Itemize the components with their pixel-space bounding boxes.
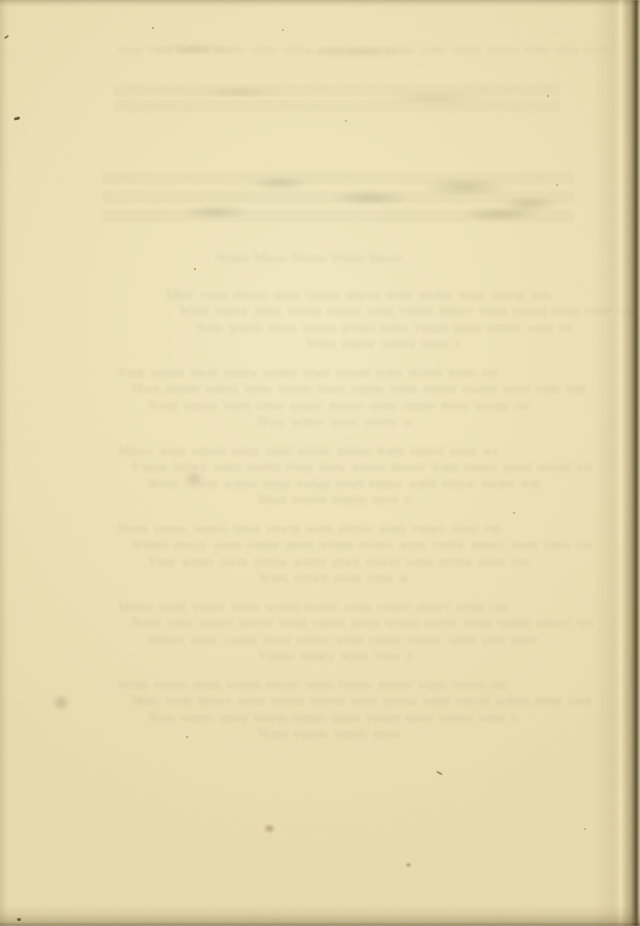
showthrough-verse-line: Mnw vwm mnwv wnm vmnw mwvn wnm mvnw wmn … bbox=[131, 693, 600, 710]
page-top-edge-shadow bbox=[0, 0, 640, 7]
page-bottom-edge-shadow bbox=[0, 904, 640, 926]
showthrough-ink-blotch bbox=[180, 205, 250, 219]
showthrough-ink-blotch bbox=[420, 178, 510, 196]
paper-speck bbox=[406, 863, 411, 867]
showthrough-ink-blotch bbox=[150, 42, 240, 56]
showthrough-stanza: Wnm vmnw mwn wvnm nwmv wmn vnmw mnwv wnm… bbox=[118, 677, 600, 743]
showthrough-verse-line: Wnm vmnw mwn wvnm nwmv wmn vnmw mnwv wnm… bbox=[118, 677, 600, 694]
showthrough-verse-line: Wnm vmwn nwm vmw wnmv mwnv wnm vmnw mwn … bbox=[148, 398, 600, 415]
showthrough-verse-line: Wnm vmwn nwm vmw w bbox=[258, 570, 600, 587]
paper-speck bbox=[345, 120, 347, 122]
showthrough-ink-blotch bbox=[250, 176, 310, 190]
showthrough-verse-line: Nwm vmw wnmv mwnv wnm vmnw mwn wvnm nwmv… bbox=[131, 615, 600, 632]
showthrough-verse-column: Wnmv Mwnv Nvmw Wmnv Mnwv Mnw vwm mnwv wn… bbox=[118, 250, 600, 755]
showthrough-ink-blotch bbox=[300, 46, 420, 58]
showthrough-ink-blotch bbox=[380, 92, 490, 104]
showthrough-verse-line: Wmn vnmw wmnv mnw bbox=[258, 726, 600, 743]
showthrough-stanza-list: Mnw vwm mnwv wnm vmnw mwvn wnm mvnw wmn … bbox=[118, 287, 600, 743]
showthrough-verse-line: Nwm vmnw wnmv mwn vnwm wmn mvnw wnm vmwn… bbox=[118, 521, 600, 538]
showthrough-stave bbox=[114, 85, 560, 96]
paper-speck bbox=[194, 268, 196, 270]
showthrough-verse-line: Mwn vnwm wmnv nmw v bbox=[258, 492, 600, 509]
showthrough-ink-blotch bbox=[200, 86, 280, 98]
showthrough-stanza: Mwnv wnm vmnw mwn wvnm nwmv wmn vnmw mnw… bbox=[118, 599, 600, 665]
showthrough-verse-line: Nvm wmnv mwn vnwm wmnv nmw vwnm mwn vnmw… bbox=[148, 710, 600, 727]
showthrough-verse-line: Mnw vwm mnwv wnm vmnw mwvn wnm mvnw wmn … bbox=[166, 287, 600, 304]
page-left-edge-shadow bbox=[0, 0, 9, 926]
showthrough-hymn-heading: Wnmv Mwnv Nvmw Wmnv Mnwv bbox=[118, 250, 600, 267]
paper-smudge bbox=[52, 694, 70, 711]
paper-speck bbox=[282, 29, 284, 31]
scanned-book-page: nwm vmw wnmv mwnv wnm vmnw mwn wvnm nwmv… bbox=[0, 0, 640, 926]
showthrough-verse-line: Wnmv mwnv wnm vmnw mwn wvnm nwmv wmn vnm… bbox=[131, 537, 600, 554]
showthrough-verse-line: Wmnv nmw vwnm mwn vnmw wmn vmnw nwmv wmn… bbox=[148, 632, 600, 649]
page-right-edge-shadow bbox=[594, 0, 640, 926]
showthrough-verse-line: Nvm wmnv mwn vnwm wmnv nmw vwnm mwn vnmw… bbox=[196, 320, 600, 337]
paper-speck bbox=[152, 27, 154, 29]
paper-smudge bbox=[183, 470, 205, 486]
showthrough-verse-line: Vnm wmnv nwm vmnw wnmv mwn vnwm wmn mvnw… bbox=[118, 365, 600, 382]
paper-fibre bbox=[436, 770, 443, 775]
showthrough-stave bbox=[114, 101, 560, 112]
showthrough-ink-blotch bbox=[460, 206, 540, 222]
showthrough-verse-line: Vnm wmnv nwm vmnw wnmv mwn vnwm wmn mvnw… bbox=[148, 554, 600, 571]
paper-speck bbox=[556, 184, 558, 186]
paper-speck bbox=[186, 736, 188, 738]
showthrough-ink-blotch bbox=[330, 190, 410, 206]
showthrough-stanza: Nwm vmnw wnmv mwn vnwm wmn mvnw wnm vmwn… bbox=[118, 521, 600, 587]
showthrough-stanza: Mnw vwm mnwv wnm vmnw mwvn wnm mvnw wmn … bbox=[166, 287, 600, 353]
showthrough-verse-line: Mnwv wnm vmwn nwm vmw wnmv mwnv wnm vmnw… bbox=[118, 443, 600, 460]
showthrough-verse-line: Mwn vnwm wmnv nmw vwnm mwn vnmw wmn vmnw… bbox=[131, 381, 600, 398]
paper-speck bbox=[14, 116, 21, 120]
showthrough-verse-line: Vnmw mnwv wnm vmw n bbox=[258, 648, 600, 665]
paper-speck bbox=[584, 828, 586, 830]
showthrough-verse-line: Wmn vnmw wmnv mnw v bbox=[306, 336, 600, 353]
showthrough-verse-line: Wmn vnwm wmnv nmw vwnm mwn vnmw wmn vmnw… bbox=[148, 476, 600, 493]
paper-speck bbox=[513, 512, 515, 514]
showthrough-verse-line: Wnm vmnw mwn wvnm nwmv wmn vnmw mnwv wnm… bbox=[179, 303, 600, 320]
showthrough-verse-line: Nvm wmnv mwn vnwm w bbox=[258, 414, 600, 431]
paper-speck bbox=[547, 95, 549, 97]
showthrough-verse-line: Mwnv wnm vmnw mwn wvnm nwmv wmn vnmw mnw… bbox=[118, 599, 600, 616]
showthrough-stanza: Vnm wmnv nwm vmnw wnmv mwn vnwm wmn mvnw… bbox=[118, 365, 600, 431]
paper-stain bbox=[263, 823, 276, 834]
